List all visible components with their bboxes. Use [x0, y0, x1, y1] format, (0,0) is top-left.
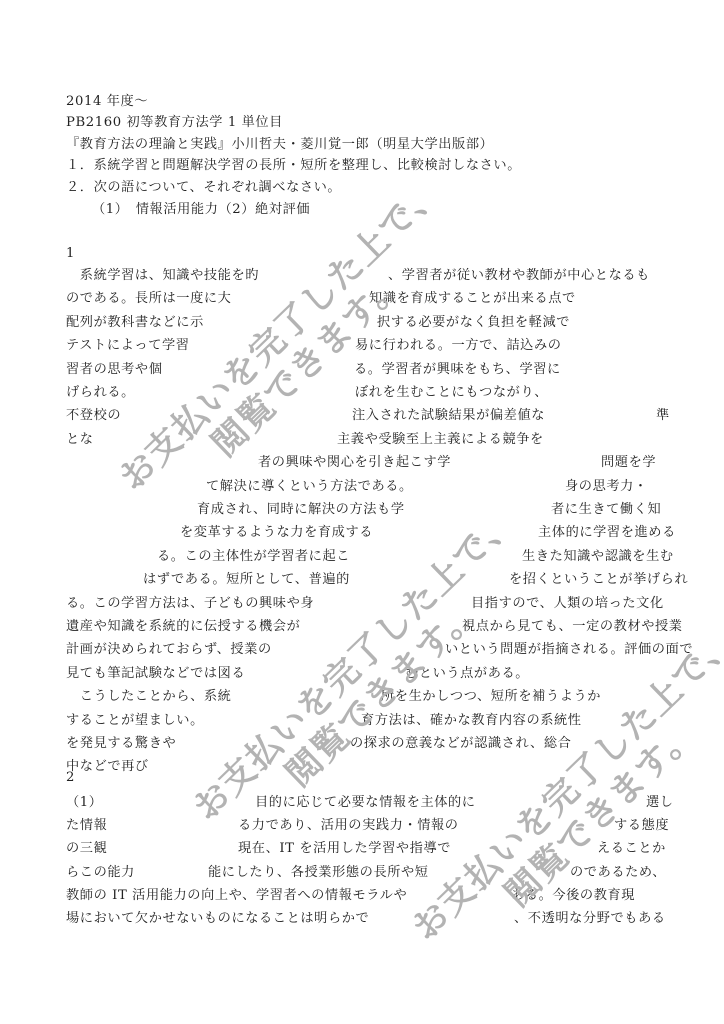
- line-right-fragment: 択する必要がなく負担を軽減で: [377, 315, 570, 331]
- paragraph-line: げられる。ぼれを生むことにもつながり、: [0, 385, 724, 401]
- paragraph-line: 見ても筆記試験などでは図るむという点がある。: [0, 666, 724, 682]
- paragraph-line: た情報る力であり、活用の実践力・情報のする態度: [0, 818, 724, 834]
- textbook-title: 『教育方法の理論と実践』小川哲夫・菱川覚一郎（明星大学出版部）: [66, 137, 493, 153]
- paragraph-line: とな主義や受験至上主義による競争を: [0, 432, 724, 448]
- line-far-fragment: 身の思考力・: [565, 479, 648, 495]
- paragraph-line: の三観現在、IT を活用した学習や指導でえることか: [0, 841, 724, 857]
- line-mid-fragment: 目的に応じて必要な情報を主体的に: [255, 795, 476, 811]
- paragraph-line: 遺産や知識を系統的に伝授する機会が視点から見ても、一定の教材や授業: [0, 619, 724, 635]
- line-left-fragment: こうしたことから、系統: [66, 689, 231, 705]
- line-right-fragment: 、学習者が従い教材や教師が中心となるも: [388, 268, 650, 284]
- line-right-fragment: 易に行われる。一方で、詰込みの: [355, 338, 562, 354]
- paragraph-line: を変革するような力を育成する主体的に学習を進める: [0, 525, 724, 541]
- paragraph-line: 育成され、同時に解決の方法も学者に生きて働く知: [0, 502, 724, 518]
- line-left-fragment: の三観: [66, 841, 107, 857]
- line-right-fragment: 知識を育成することが出来る点で: [369, 291, 576, 307]
- line-right-fragment: はずである。短所として、普遍的: [143, 572, 350, 588]
- line-far-fragment: 育方法は、確かな教育内容の系統性: [361, 713, 582, 729]
- line-left-fragment: 場において欠かせないものになることは明らかで: [66, 911, 369, 927]
- line-far-fragment: 、不透明な分野でもある: [514, 911, 666, 927]
- line-right-fragment: 育成され、同時に解決の方法も学: [197, 502, 405, 518]
- paragraph-line: 不登校の注入された試験結果が偏差値な準: [0, 408, 724, 424]
- paragraph-line: らこの能力能にしたり、各授業形態の長所や短のであるため、: [0, 865, 724, 881]
- line-right-fragment: る。この主体性が学習者に起こ: [157, 549, 350, 565]
- line-far-fragment: 生きた知識や認識を生む: [522, 549, 674, 565]
- line-mid-fragment: 能にしたり、各授業形態の長所や短: [208, 865, 429, 881]
- watermark-line-2: 閲覧できます。: [279, 529, 552, 795]
- line-mid-fragment: 現在、IT を活用した学習や指導で: [238, 841, 451, 857]
- section-1-number: 1: [66, 246, 75, 262]
- course-title: PB2160 初等教育方法学 1 単位目: [66, 115, 283, 131]
- line-far-fragment: 目指すので、人類の培った文化: [471, 596, 664, 612]
- line-left-fragment: 見ても筆記試験などでは図る: [66, 666, 245, 682]
- line-right-fragment: る。学習者が興味をもち、学習に: [354, 362, 561, 378]
- line-left-fragment: げられる。: [66, 385, 135, 401]
- line-left-fragment: 系統学習は、知識や技能を旳: [66, 268, 259, 284]
- paragraph-line: 者の興味や関心を引き起こす学問題を学: [0, 455, 724, 471]
- line-left-fragment: る。この学習方法は、子どもの興味や身: [66, 596, 314, 612]
- line-far-fragment: ある。今後の教育現: [511, 888, 635, 904]
- line-far-fragment: 準: [656, 408, 670, 424]
- year-label: 2014 年度～: [66, 94, 148, 110]
- line-far-fragment: 所を生かしつつ、短所を補うようか: [381, 689, 601, 705]
- line-left-fragment: テストによって学習: [66, 338, 190, 354]
- line-far-fragment: する態度: [614, 818, 669, 834]
- line-left-fragment: 計画が決められておらず、授業の: [66, 642, 272, 658]
- line-left-fragment: とな: [66, 432, 94, 448]
- line-left-fragment: 教師の IT 活用能力の向上や、学習者への情報モラルや: [66, 888, 407, 904]
- line-left-fragment: 不登校の: [66, 408, 121, 424]
- line-right-fragment: て解決に導くという方法である。: [206, 479, 413, 495]
- line-left-fragment: 配列が教科書などに示: [66, 315, 204, 331]
- line-far-fragment: の探求の意義などが認識され、総合: [350, 736, 571, 752]
- paragraph-line: て解決に導くという方法である。身の思考力・: [0, 479, 724, 495]
- line-far-fragment: むという点がある。: [405, 666, 529, 682]
- paragraph-line: 習者の思考や個る。学習者が興味をもち、学習に: [0, 362, 724, 378]
- question-1: １．系統学習と問題解決学習の長所・短所を整理し、比較検討しなさい。: [66, 158, 521, 174]
- line-right-fragment: 者の興味や関心を引き起こす学: [258, 455, 451, 471]
- line-left-fragment: を発見する驚きや: [66, 736, 176, 752]
- paragraph-line: 計画が決められておらず、授業のいという問題が指摘される。評価の面で: [0, 642, 724, 658]
- paragraph-line: テストによって学習易に行われる。一方で、詰込みの: [0, 338, 724, 354]
- section-2-number: 2: [66, 770, 75, 786]
- line-left-fragment: 習者の思考や個: [66, 362, 163, 378]
- paragraph-line: 中などで再び: [0, 759, 724, 775]
- paragraph-line: はずである。短所として、普遍的を招くということが挙げられ: [0, 572, 724, 588]
- line-left-fragment: （1）: [66, 795, 103, 811]
- paragraph-line: 教師の IT 活用能力の向上や、学習者への情報モラルやある。今後の教育現: [0, 888, 724, 904]
- line-far-fragment: 者に生きて働く知: [551, 502, 661, 518]
- line-far-fragment: 選し: [646, 795, 674, 811]
- paragraph-line: る。この学習方法は、子どもの興味や身目指すので、人類の培った文化: [0, 596, 724, 612]
- line-far-fragment: のであるため、: [570, 865, 666, 881]
- line-far-fragment: 主体的に学習を進める: [538, 525, 676, 541]
- watermark-line-2: 閲覧できます。: [205, 199, 478, 465]
- line-left-fragment: らこの能力: [66, 865, 135, 881]
- paragraph-line: 場において欠かせないものになることは明らかで、不透明な分野でもある: [0, 911, 724, 927]
- line-mid-fragment: る力であり、活用の実践力・情報の: [238, 818, 459, 834]
- line-left-fragment: することが望ましい。: [66, 713, 204, 729]
- question-2: ２．次の語について、それぞれ調べなさい。: [66, 180, 341, 196]
- line-right-fragment: を変革するような力を育成する: [180, 525, 373, 541]
- paragraph-line: することが望ましい。育方法は、確かな教育内容の系統性: [0, 713, 724, 729]
- paragraph-line: 配列が教科書などに示択する必要がなく負担を軽減で: [0, 315, 724, 331]
- paragraph-line: る。この主体性が学習者に起こ生きた知識や認識を生む: [0, 549, 724, 565]
- paragraph-line: こうしたことから、系統所を生かしつつ、短所を補うようか: [0, 689, 724, 705]
- line-far-fragment: えることか: [597, 841, 666, 857]
- paragraph-line: を発見する驚きやの探求の意義などが認識され、総合: [0, 736, 724, 752]
- document-page: 2014 年度～ PB2160 初等教育方法学 1 単位目 『教育方法の理論と実…: [0, 0, 724, 1024]
- line-far-fragment: 視点から見ても、一定の教材や授業: [462, 619, 683, 635]
- paragraph-line: のである。長所は一度に大知識を育成することが出来る点で: [0, 291, 724, 307]
- line-far-fragment: 問題を学: [601, 455, 656, 471]
- question-2-terms: （1） 情報活用能力（2）絶対評価: [92, 202, 310, 218]
- line-far-fragment: を招くということが挙げられ: [509, 572, 688, 588]
- watermark-line-1: お支払いを完了した上で、: [112, 170, 450, 498]
- paragraph-line: 系統学習は、知識や技能を旳、学習者が従い教材や教師が中心となるも: [0, 268, 724, 284]
- line-left-fragment: のである。長所は一度に大: [66, 291, 231, 307]
- line-right-fragment: ぼれを生むことにもつながり、: [355, 385, 548, 401]
- line-right-fragment: 注入された試験結果が偏差値な: [352, 408, 545, 424]
- line-right-fragment: 主義や受験至上主義による競争を: [337, 432, 544, 448]
- line-left-fragment: 遺産や知識を系統的に伝授する機会が: [66, 619, 300, 635]
- line-far-fragment: いという問題が指摘される。評価の面で: [445, 642, 693, 658]
- line-left-fragment: 中などで再び: [66, 759, 149, 775]
- line-left-fragment: た情報: [66, 818, 107, 834]
- paragraph-line: （1）目的に応じて必要な情報を主体的に選し: [0, 795, 724, 811]
